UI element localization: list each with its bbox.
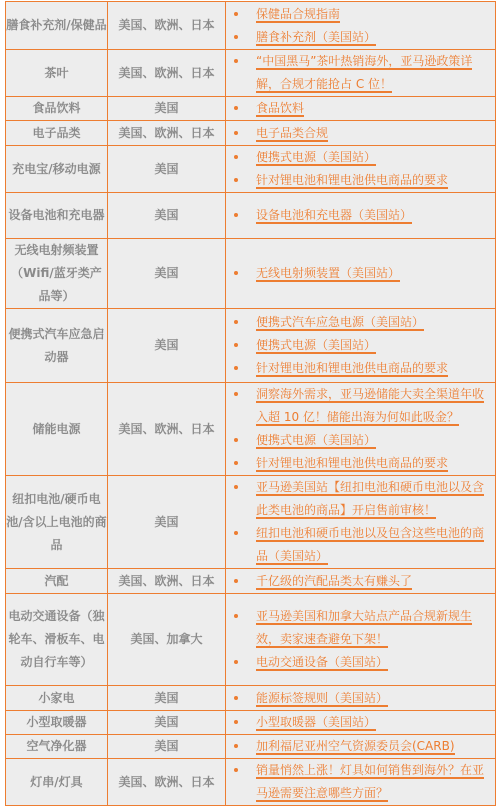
bullet-icon bbox=[234, 531, 238, 535]
regions-cell: 美国 bbox=[108, 476, 226, 569]
table-row: 储能电源美国、欧洲、日本洞察海外需求，亚马逊储能大卖全渠道年收入超 10 亿！储… bbox=[6, 383, 496, 476]
compliance-table: 膳食补充剂/保健品美国、欧洲、日本保健品合规指南膳食补充剂（美国站）茶叶美国、欧… bbox=[5, 1, 496, 795]
guide-link[interactable]: 针对锂电池和锂电池供电商品的要求 bbox=[256, 456, 448, 472]
category-cell: 膳食补充剂/保健品 bbox=[6, 2, 108, 50]
regions-cell: 美国、欧洲、日本 bbox=[108, 759, 226, 796]
bullet-icon bbox=[234, 131, 238, 135]
category-cell: 空气净化器 bbox=[6, 735, 108, 759]
guide-link[interactable]: 保健品合规指南 bbox=[256, 7, 340, 23]
regions-cell: 美国 bbox=[108, 711, 226, 735]
link-list: 加利福尼亚州空气资源委员会(CARB) bbox=[226, 735, 495, 758]
guide-link[interactable]: 电动交通设备（美国站） bbox=[256, 655, 388, 671]
table-row: 灯串/灯具美国、欧洲、日本销量悄然上涨！灯具如何销售到海外？在亚马逊需要注意哪些… bbox=[6, 759, 496, 796]
table-row: 小家电美国能源标签规则（美国站） bbox=[6, 686, 496, 711]
link-list: 小型取暖器（美国站） bbox=[226, 711, 495, 734]
link-list: 亚马逊美国站【纽扣电池和硬币电池以及含此类电池的商品】开启售前审核！纽扣电池和硬… bbox=[226, 476, 495, 568]
table-row: 小型取暖器美国小型取暖器（美国站） bbox=[6, 711, 496, 735]
category-cell: 灯串/灯具 bbox=[6, 759, 108, 796]
bullet-icon bbox=[234, 485, 238, 489]
table-row: 便携式汽车应急启动器美国便携式汽车应急电源（美国站）便携式电源（美国站）针对锂电… bbox=[6, 309, 496, 383]
table-row: 充电宝/移动电源美国便携式电源（美国站）针对锂电池和锂电池供电商品的要求 bbox=[6, 146, 496, 193]
guide-link[interactable]: 便携式电源（美国站） bbox=[256, 338, 376, 354]
bullet-icon bbox=[234, 579, 238, 583]
list-item: 便携式电源（美国站） bbox=[226, 146, 495, 169]
guide-link[interactable]: 加利福尼亚州空气资源委员会(CARB) bbox=[256, 739, 455, 755]
guide-link[interactable]: 千亿级的汽配品类太有赚头了 bbox=[256, 574, 412, 590]
link-list: 洞察海外需求，亚马逊储能大卖全渠道年收入超 10 亿！储能出海为何如此吸金？便携… bbox=[226, 383, 495, 475]
list-item: 千亿级的汽配品类太有赚头了 bbox=[226, 570, 495, 593]
regions-cell: 美国、加拿大 bbox=[108, 594, 226, 686]
list-item: 亚马逊美国站【纽扣电池和硬币电池以及含此类电池的商品】开启售前审核！ bbox=[226, 476, 495, 522]
regions-cell: 美国、欧洲、日本 bbox=[108, 569, 226, 594]
table-row: 茶叶美国、欧洲、日本“中国黑马”茶叶热销海外，亚马逊政策详解，合规才能抢占 C … bbox=[6, 50, 496, 97]
list-item: 针对锂电池和锂电池供电商品的要求 bbox=[226, 357, 495, 380]
regions-cell: 美国 bbox=[108, 97, 226, 121]
category-cell: 小型取暖器 bbox=[6, 711, 108, 735]
guide-link[interactable]: 小型取暖器（美国站） bbox=[256, 715, 376, 731]
regions-cell: 美国、欧洲、日本 bbox=[108, 50, 226, 97]
list-item: 能源标签规则（美国站） bbox=[226, 687, 495, 710]
bullet-icon bbox=[234, 106, 238, 110]
guide-link[interactable]: 膳食补充剂（美国站） bbox=[256, 30, 376, 46]
table-row: 食品饮料美国食品饮料 bbox=[6, 97, 496, 121]
list-item: 便携式汽车应急电源（美国站） bbox=[226, 311, 495, 334]
link-list: 千亿级的汽配品类太有赚头了 bbox=[226, 570, 495, 593]
link-list: 便携式汽车应急电源（美国站）便携式电源（美国站）针对锂电池和锂电池供电商品的要求 bbox=[226, 311, 495, 380]
guide-link[interactable]: 食品饮料 bbox=[256, 101, 304, 117]
list-item: 加利福尼亚州空气资源委员会(CARB) bbox=[226, 735, 495, 758]
guide-link[interactable]: 洞察海外需求，亚马逊储能大卖全渠道年收入超 10 亿！储能出海为何如此吸金？ bbox=[256, 387, 484, 426]
list-item: 针对锂电池和锂电池供电商品的要求 bbox=[226, 452, 495, 475]
category-cell: 无线电射频装置（Wifi/蓝牙类产品等） bbox=[6, 239, 108, 309]
table-row: 设备电池和充电器美国设备电池和充电器（美国站） bbox=[6, 193, 496, 239]
guide-link[interactable]: 便携式电源（美国站） bbox=[256, 433, 376, 449]
link-list: 电子品类合规 bbox=[226, 122, 495, 145]
bullet-icon bbox=[234, 768, 238, 772]
category-cell: 电动交通设备（独轮车、滑板车、电动自行车等） bbox=[6, 594, 108, 686]
bullet-icon bbox=[234, 744, 238, 748]
category-cell: 食品饮料 bbox=[6, 97, 108, 121]
list-item: 针对锂电池和锂电池供电商品的要求 bbox=[226, 169, 495, 192]
list-item: 电子品类合规 bbox=[226, 122, 495, 145]
guide-link[interactable]: 能源标签规则（美国站） bbox=[256, 691, 388, 707]
bullet-icon bbox=[234, 12, 238, 16]
guide-link[interactable]: 亚马逊美国站【纽扣电池和硬币电池以及含此类电池的商品】开启售前审核！ bbox=[256, 480, 484, 519]
list-item: 销量悄然上涨！灯具如何销售到海外？在亚马逊需要注意哪些方面？ bbox=[226, 759, 495, 795]
list-item: 设备电池和充电器（美国站） bbox=[226, 204, 495, 227]
link-list: 保健品合规指南膳食补充剂（美国站） bbox=[226, 3, 495, 49]
guide-link[interactable]: 针对锂电池和锂电池供电商品的要求 bbox=[256, 173, 448, 189]
table-row: 膳食补充剂/保健品美国、欧洲、日本保健品合规指南膳食补充剂（美国站） bbox=[6, 2, 496, 50]
regions-cell: 美国 bbox=[108, 239, 226, 309]
link-list: 能源标签规则（美国站） bbox=[226, 687, 495, 710]
links-cell: 食品饮料 bbox=[226, 97, 496, 121]
guide-link[interactable]: 针对锂电池和锂电池供电商品的要求 bbox=[256, 361, 448, 377]
bullet-icon bbox=[234, 366, 238, 370]
category-cell: 纽扣电池/硬币电池/含以上电池的商品 bbox=[6, 476, 108, 569]
bullet-icon bbox=[234, 271, 238, 275]
bullet-icon bbox=[234, 155, 238, 159]
bullet-icon bbox=[234, 438, 238, 442]
table-row: 纽扣电池/硬币电池/含以上电池的商品美国亚马逊美国站【纽扣电池和硬币电池以及含此… bbox=[6, 476, 496, 569]
list-item: 小型取暖器（美国站） bbox=[226, 711, 495, 734]
links-cell: 保健品合规指南膳食补充剂（美国站） bbox=[226, 2, 496, 50]
bullet-icon bbox=[234, 320, 238, 324]
guide-link[interactable]: 纽扣电池和硬币电池以及包含这些电池的商品（美国站） bbox=[256, 526, 484, 565]
links-cell: 便携式汽车应急电源（美国站）便携式电源（美国站）针对锂电池和锂电池供电商品的要求 bbox=[226, 309, 496, 383]
list-item: 食品饮料 bbox=[226, 97, 495, 120]
guide-link[interactable]: 设备电池和充电器（美国站） bbox=[256, 208, 412, 224]
bullet-icon bbox=[234, 392, 238, 396]
list-item: 纽扣电池和硬币电池以及包含这些电池的商品（美国站） bbox=[226, 522, 495, 568]
bullet-icon bbox=[234, 59, 238, 63]
bullet-icon bbox=[234, 660, 238, 664]
list-item: 亚马逊美国和加拿大站点产品合规新规生效，卖家速查避免下架！ bbox=[226, 605, 495, 651]
category-cell: 茶叶 bbox=[6, 50, 108, 97]
regions-cell: 美国、欧洲、日本 bbox=[108, 121, 226, 146]
list-item: 洞察海外需求，亚马逊储能大卖全渠道年收入超 10 亿！储能出海为何如此吸金？ bbox=[226, 383, 495, 429]
links-cell: 无线电射频装置（美国站） bbox=[226, 239, 496, 309]
link-list: “中国黑马”茶叶热销海外，亚马逊政策详解，合规才能抢占 C 位！ bbox=[226, 50, 495, 96]
links-cell: 洞察海外需求，亚马逊储能大卖全渠道年收入超 10 亿！储能出海为何如此吸金？便携… bbox=[226, 383, 496, 476]
links-cell: “中国黑马”茶叶热销海外，亚马逊政策详解，合规才能抢占 C 位！ bbox=[226, 50, 496, 97]
list-item: 无线电射频装置（美国站） bbox=[226, 262, 495, 285]
regions-cell: 美国 bbox=[108, 735, 226, 759]
guide-link[interactable]: 销量悄然上涨！灯具如何销售到海外？在亚马逊需要注意哪些方面？ bbox=[256, 763, 484, 795]
link-list: 食品饮料 bbox=[226, 97, 495, 120]
regions-cell: 美国 bbox=[108, 309, 226, 383]
regions-cell: 美国 bbox=[108, 146, 226, 193]
guide-link[interactable]: 亚马逊美国和加拿大站点产品合规新规生效，卖家速查避免下架！ bbox=[256, 609, 472, 648]
category-cell: 便携式汽车应急启动器 bbox=[6, 309, 108, 383]
links-cell: 小型取暖器（美国站） bbox=[226, 711, 496, 735]
regions-cell: 美国 bbox=[108, 193, 226, 239]
compliance-table-body: 膳食补充剂/保健品美国、欧洲、日本保健品合规指南膳食补充剂（美国站）茶叶美国、欧… bbox=[6, 2, 496, 796]
regions-cell: 美国 bbox=[108, 686, 226, 711]
bullet-icon bbox=[234, 614, 238, 618]
table-row: 电子品类美国、欧洲、日本电子品类合规 bbox=[6, 121, 496, 146]
links-cell: 销量悄然上涨！灯具如何销售到海外？在亚马逊需要注意哪些方面？ bbox=[226, 759, 496, 796]
category-cell: 汽配 bbox=[6, 569, 108, 594]
table-row: 无线电射频装置（Wifi/蓝牙类产品等）美国无线电射频装置（美国站） bbox=[6, 239, 496, 309]
list-item: 便携式电源（美国站） bbox=[226, 429, 495, 452]
category-cell: 小家电 bbox=[6, 686, 108, 711]
guide-link[interactable]: “中国黑马”茶叶热销海外，亚马逊政策详解，合规才能抢占 C 位！ bbox=[256, 54, 472, 93]
category-cell: 储能电源 bbox=[6, 383, 108, 476]
link-list: 便携式电源（美国站）针对锂电池和锂电池供电商品的要求 bbox=[226, 146, 495, 192]
guide-link[interactable]: 无线电射频装置（美国站） bbox=[256, 266, 400, 282]
category-cell: 电子品类 bbox=[6, 121, 108, 146]
guide-link[interactable]: 便携式汽车应急电源（美国站） bbox=[256, 315, 424, 331]
links-cell: 亚马逊美国和加拿大站点产品合规新规生效，卖家速查避免下架！电动交通设备（美国站） bbox=[226, 594, 496, 686]
guide-link[interactable]: 便携式电源（美国站） bbox=[256, 150, 376, 166]
links-cell: 设备电池和充电器（美国站） bbox=[226, 193, 496, 239]
link-list: 亚马逊美国和加拿大站点产品合规新规生效，卖家速查避免下架！电动交通设备（美国站） bbox=[226, 605, 495, 674]
links-cell: 加利福尼亚州空气资源委员会(CARB) bbox=[226, 735, 496, 759]
links-cell: 千亿级的汽配品类太有赚头了 bbox=[226, 569, 496, 594]
link-list: 设备电池和充电器（美国站） bbox=[226, 204, 495, 227]
regions-cell: 美国、欧洲、日本 bbox=[108, 2, 226, 50]
category-cell: 设备电池和充电器 bbox=[6, 193, 108, 239]
table-row: 电动交通设备（独轮车、滑板车、电动自行车等）美国、加拿大亚马逊美国和加拿大站点产… bbox=[6, 594, 496, 686]
bullet-icon bbox=[234, 696, 238, 700]
bullet-icon bbox=[234, 461, 238, 465]
list-item: 膳食补充剂（美国站） bbox=[226, 26, 495, 49]
links-cell: 能源标签规则（美国站） bbox=[226, 686, 496, 711]
guide-link[interactable]: 电子品类合规 bbox=[256, 126, 328, 142]
bullet-icon bbox=[234, 343, 238, 347]
links-cell: 电子品类合规 bbox=[226, 121, 496, 146]
regions-cell: 美国、欧洲、日本 bbox=[108, 383, 226, 476]
links-cell: 便携式电源（美国站）针对锂电池和锂电池供电商品的要求 bbox=[226, 146, 496, 193]
list-item: “中国黑马”茶叶热销海外，亚马逊政策详解，合规才能抢占 C 位！ bbox=[226, 50, 495, 96]
link-list: 无线电射频装置（美国站） bbox=[226, 262, 495, 285]
table-row: 汽配美国、欧洲、日本千亿级的汽配品类太有赚头了 bbox=[6, 569, 496, 594]
bullet-icon bbox=[234, 720, 238, 724]
link-list: 销量悄然上涨！灯具如何销售到海外？在亚马逊需要注意哪些方面？ bbox=[226, 759, 495, 795]
list-item: 电动交通设备（美国站） bbox=[226, 651, 495, 674]
category-cell: 充电宝/移动电源 bbox=[6, 146, 108, 193]
bullet-icon bbox=[234, 178, 238, 182]
table-row: 空气净化器美国加利福尼亚州空气资源委员会(CARB) bbox=[6, 735, 496, 759]
bullet-icon bbox=[234, 35, 238, 39]
list-item: 保健品合规指南 bbox=[226, 3, 495, 26]
bullet-icon bbox=[234, 213, 238, 217]
links-cell: 亚马逊美国站【纽扣电池和硬币电池以及含此类电池的商品】开启售前审核！纽扣电池和硬… bbox=[226, 476, 496, 569]
list-item: 便携式电源（美国站） bbox=[226, 334, 495, 357]
